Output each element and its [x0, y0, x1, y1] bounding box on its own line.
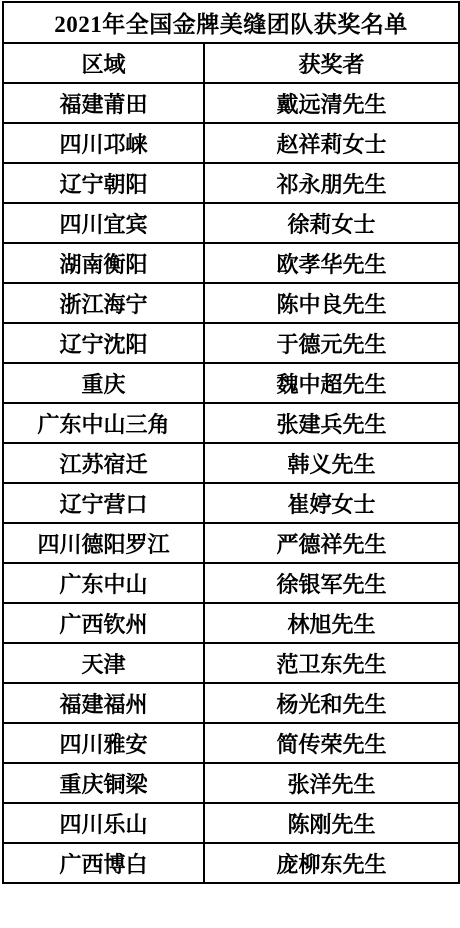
region-cell: 广西博白 — [3, 843, 204, 883]
winner-cell: 欧孝华先生 — [204, 243, 459, 283]
winner-cell: 戴远清先生 — [204, 83, 459, 123]
table-title: 2021年全国金牌美缝团队获奖名单 — [3, 2, 459, 43]
region-cell: 四川邛崃 — [3, 123, 204, 163]
winner-cell: 崔婷女士 — [204, 483, 459, 523]
region-cell: 四川宜宾 — [3, 203, 204, 243]
winner-cell: 祁永朋先生 — [204, 163, 459, 203]
table-row: 广西博白 庞柳东先生 — [3, 843, 459, 883]
table-row: 重庆铜梁 张洋先生 — [3, 763, 459, 803]
region-cell: 福建莆田 — [3, 83, 204, 123]
table-row: 浙江海宁 陈中良先生 — [3, 283, 459, 323]
winner-cell: 韩义先生 — [204, 443, 459, 483]
winner-cell: 张洋先生 — [204, 763, 459, 803]
table-row: 四川德阳罗江 严德祥先生 — [3, 523, 459, 563]
winner-cell: 简传荣先生 — [204, 723, 459, 763]
winner-cell: 徐银军先生 — [204, 563, 459, 603]
table-row: 四川宜宾 徐莉女士 — [3, 203, 459, 243]
region-cell: 重庆 — [3, 363, 204, 403]
table-row: 重庆 魏中超先生 — [3, 363, 459, 403]
column-header-winner: 获奖者 — [204, 43, 459, 83]
region-cell: 浙江海宁 — [3, 283, 204, 323]
awards-table: 2021年全国金牌美缝团队获奖名单 区域 获奖者 福建莆田 戴远清先生 四川邛崃… — [2, 1, 460, 884]
region-cell: 湖南衡阳 — [3, 243, 204, 283]
region-cell: 辽宁沈阳 — [3, 323, 204, 363]
title-row: 2021年全国金牌美缝团队获奖名单 — [3, 2, 459, 43]
table-row: 广东中山 徐银军先生 — [3, 563, 459, 603]
table-row: 辽宁沈阳 于德元先生 — [3, 323, 459, 363]
region-cell: 广东中山三角 — [3, 403, 204, 443]
region-cell: 江苏宿迁 — [3, 443, 204, 483]
region-cell: 四川乐山 — [3, 803, 204, 843]
table-row: 福建福州 杨光和先生 — [3, 683, 459, 723]
region-cell: 四川德阳罗江 — [3, 523, 204, 563]
region-cell: 辽宁朝阳 — [3, 163, 204, 203]
header-row: 区域 获奖者 — [3, 43, 459, 83]
winner-cell: 林旭先生 — [204, 603, 459, 643]
region-cell: 广西钦州 — [3, 603, 204, 643]
winner-cell: 张建兵先生 — [204, 403, 459, 443]
table-row: 湖南衡阳 欧孝华先生 — [3, 243, 459, 283]
table-body: 福建莆田 戴远清先生 四川邛崃 赵祥莉女士 辽宁朝阳 祁永朋先生 四川宜宾 徐莉… — [3, 83, 459, 883]
winner-cell: 赵祥莉女士 — [204, 123, 459, 163]
region-cell: 重庆铜梁 — [3, 763, 204, 803]
table-head: 2021年全国金牌美缝团队获奖名单 区域 获奖者 — [3, 2, 459, 83]
table-row: 江苏宿迁 韩义先生 — [3, 443, 459, 483]
winner-cell: 庞柳东先生 — [204, 843, 459, 883]
winner-cell: 范卫东先生 — [204, 643, 459, 683]
winner-cell: 魏中超先生 — [204, 363, 459, 403]
region-cell: 福建福州 — [3, 683, 204, 723]
table-row: 天津 范卫东先生 — [3, 643, 459, 683]
table-row: 辽宁朝阳 祁永朋先生 — [3, 163, 459, 203]
table-row: 四川邛崃 赵祥莉女士 — [3, 123, 459, 163]
column-header-region: 区域 — [3, 43, 204, 83]
region-cell: 天津 — [3, 643, 204, 683]
table-row: 四川乐山 陈刚先生 — [3, 803, 459, 843]
table-row: 辽宁营口 崔婷女士 — [3, 483, 459, 523]
table-row: 广西钦州 林旭先生 — [3, 603, 459, 643]
region-cell: 广东中山 — [3, 563, 204, 603]
table-row: 福建莆田 戴远清先生 — [3, 83, 459, 123]
winner-cell: 于德元先生 — [204, 323, 459, 363]
winner-cell: 陈刚先生 — [204, 803, 459, 843]
region-cell: 辽宁营口 — [3, 483, 204, 523]
region-cell: 四川雅安 — [3, 723, 204, 763]
winner-cell: 严德祥先生 — [204, 523, 459, 563]
table-row: 广东中山三角 张建兵先生 — [3, 403, 459, 443]
winner-cell: 徐莉女士 — [204, 203, 459, 243]
table-row: 四川雅安 简传荣先生 — [3, 723, 459, 763]
winner-cell: 杨光和先生 — [204, 683, 459, 723]
winner-cell: 陈中良先生 — [204, 283, 459, 323]
